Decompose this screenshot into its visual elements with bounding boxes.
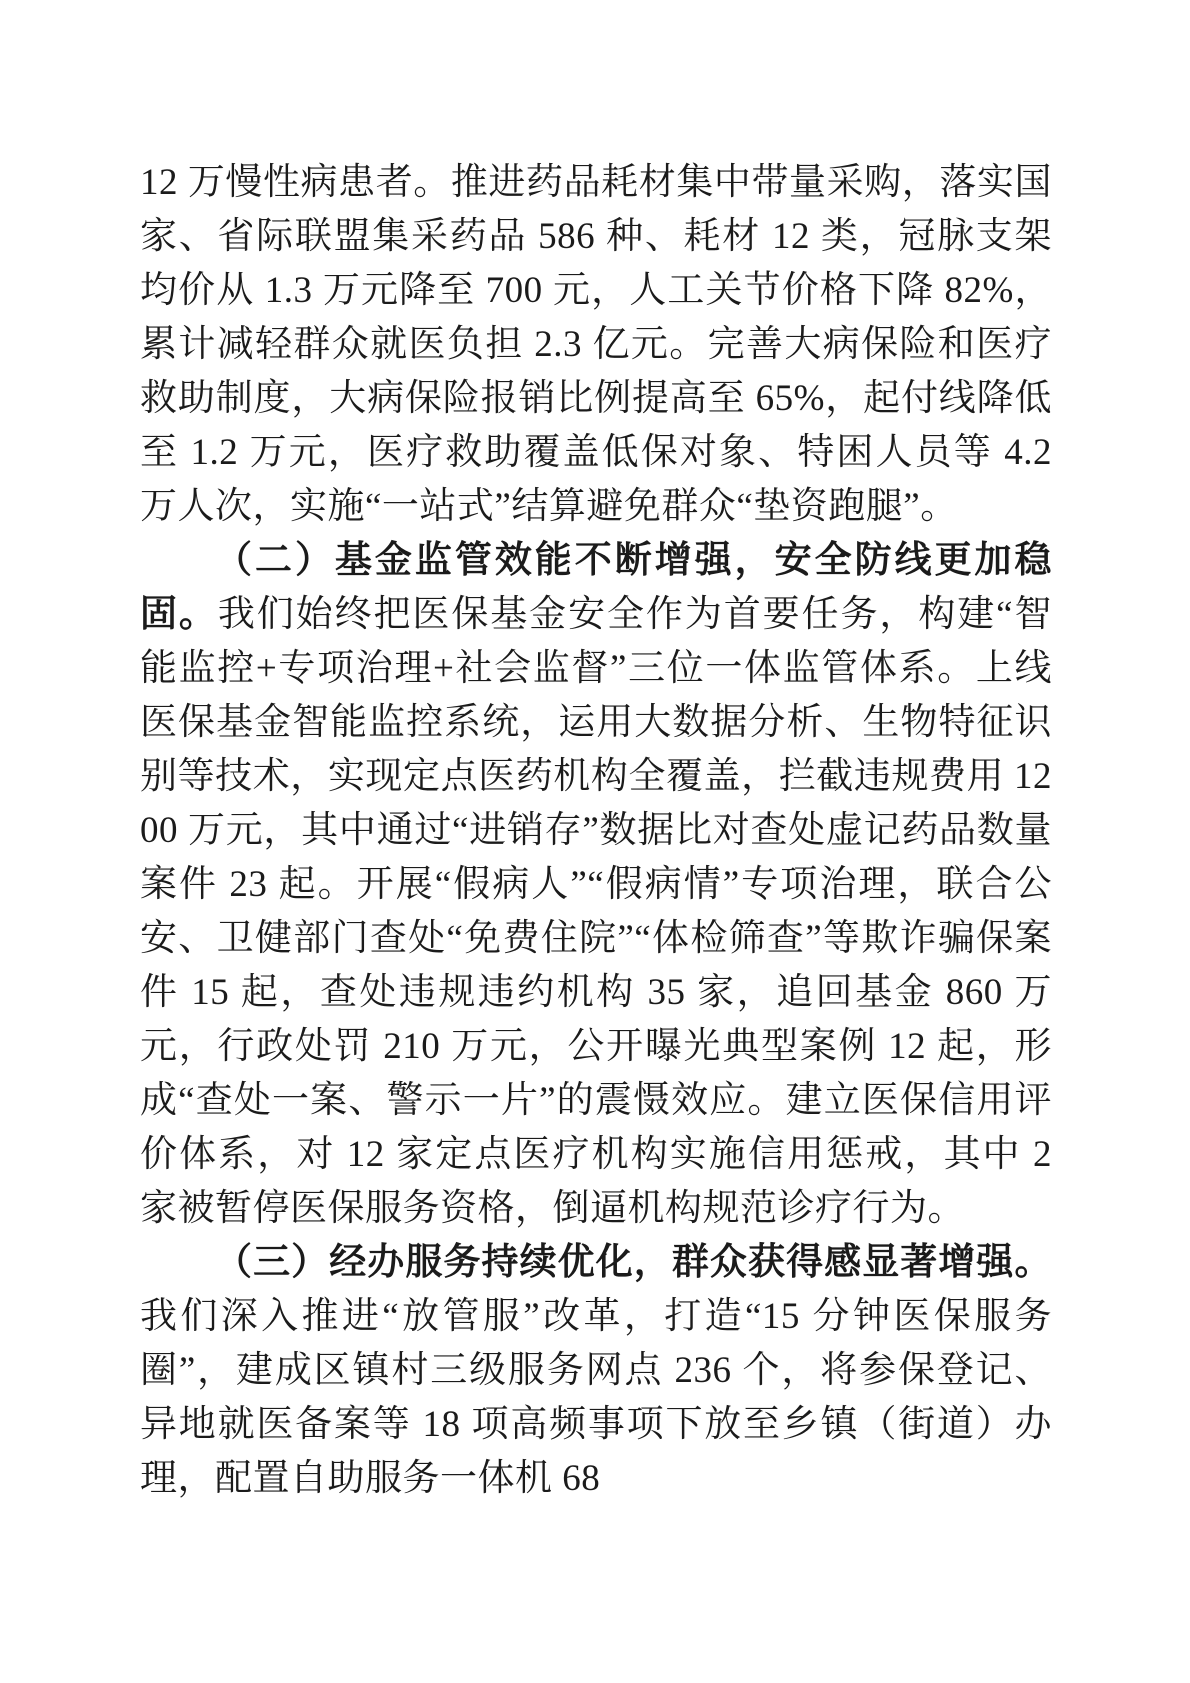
paragraph-continuation: 12 万慢性病患者。推进药品耗材集中带量采购，落实国家、省际联盟集采药品 586… — [140, 156, 1052, 534]
paragraph-text-run: 12 万慢性病患者。推进药品耗材集中带量采购，落实国家、省际联盟集采药品 586… — [140, 162, 1052, 527]
paragraph-section-2: （二）基金监管效能不断增强，安全防线更加稳固。我们始终把医保基金安全作为首要任务… — [140, 534, 1052, 1236]
section-3-body-run: 我们深入推进“放管服”改革，打造“15 分钟医保服务圈”，建成区镇村三级服务网点… — [140, 1296, 1052, 1499]
document-page: 12 万慢性病患者。推进药品耗材集中带量采购，落实国家、省际联盟集采药品 586… — [0, 0, 1190, 1683]
section-3-heading-run: （三）经办服务持续优化，群众获得感显著增强。 — [215, 1242, 1052, 1283]
section-2-body-run: 我们始终把医保基金安全作为首要任务，构建“智能监控+专项治理+社会监督”三位一体… — [140, 594, 1052, 1229]
paragraph-section-3: （三）经办服务持续优化，群众获得感显著增强。我们深入推进“放管服”改革，打造“1… — [140, 1236, 1052, 1506]
